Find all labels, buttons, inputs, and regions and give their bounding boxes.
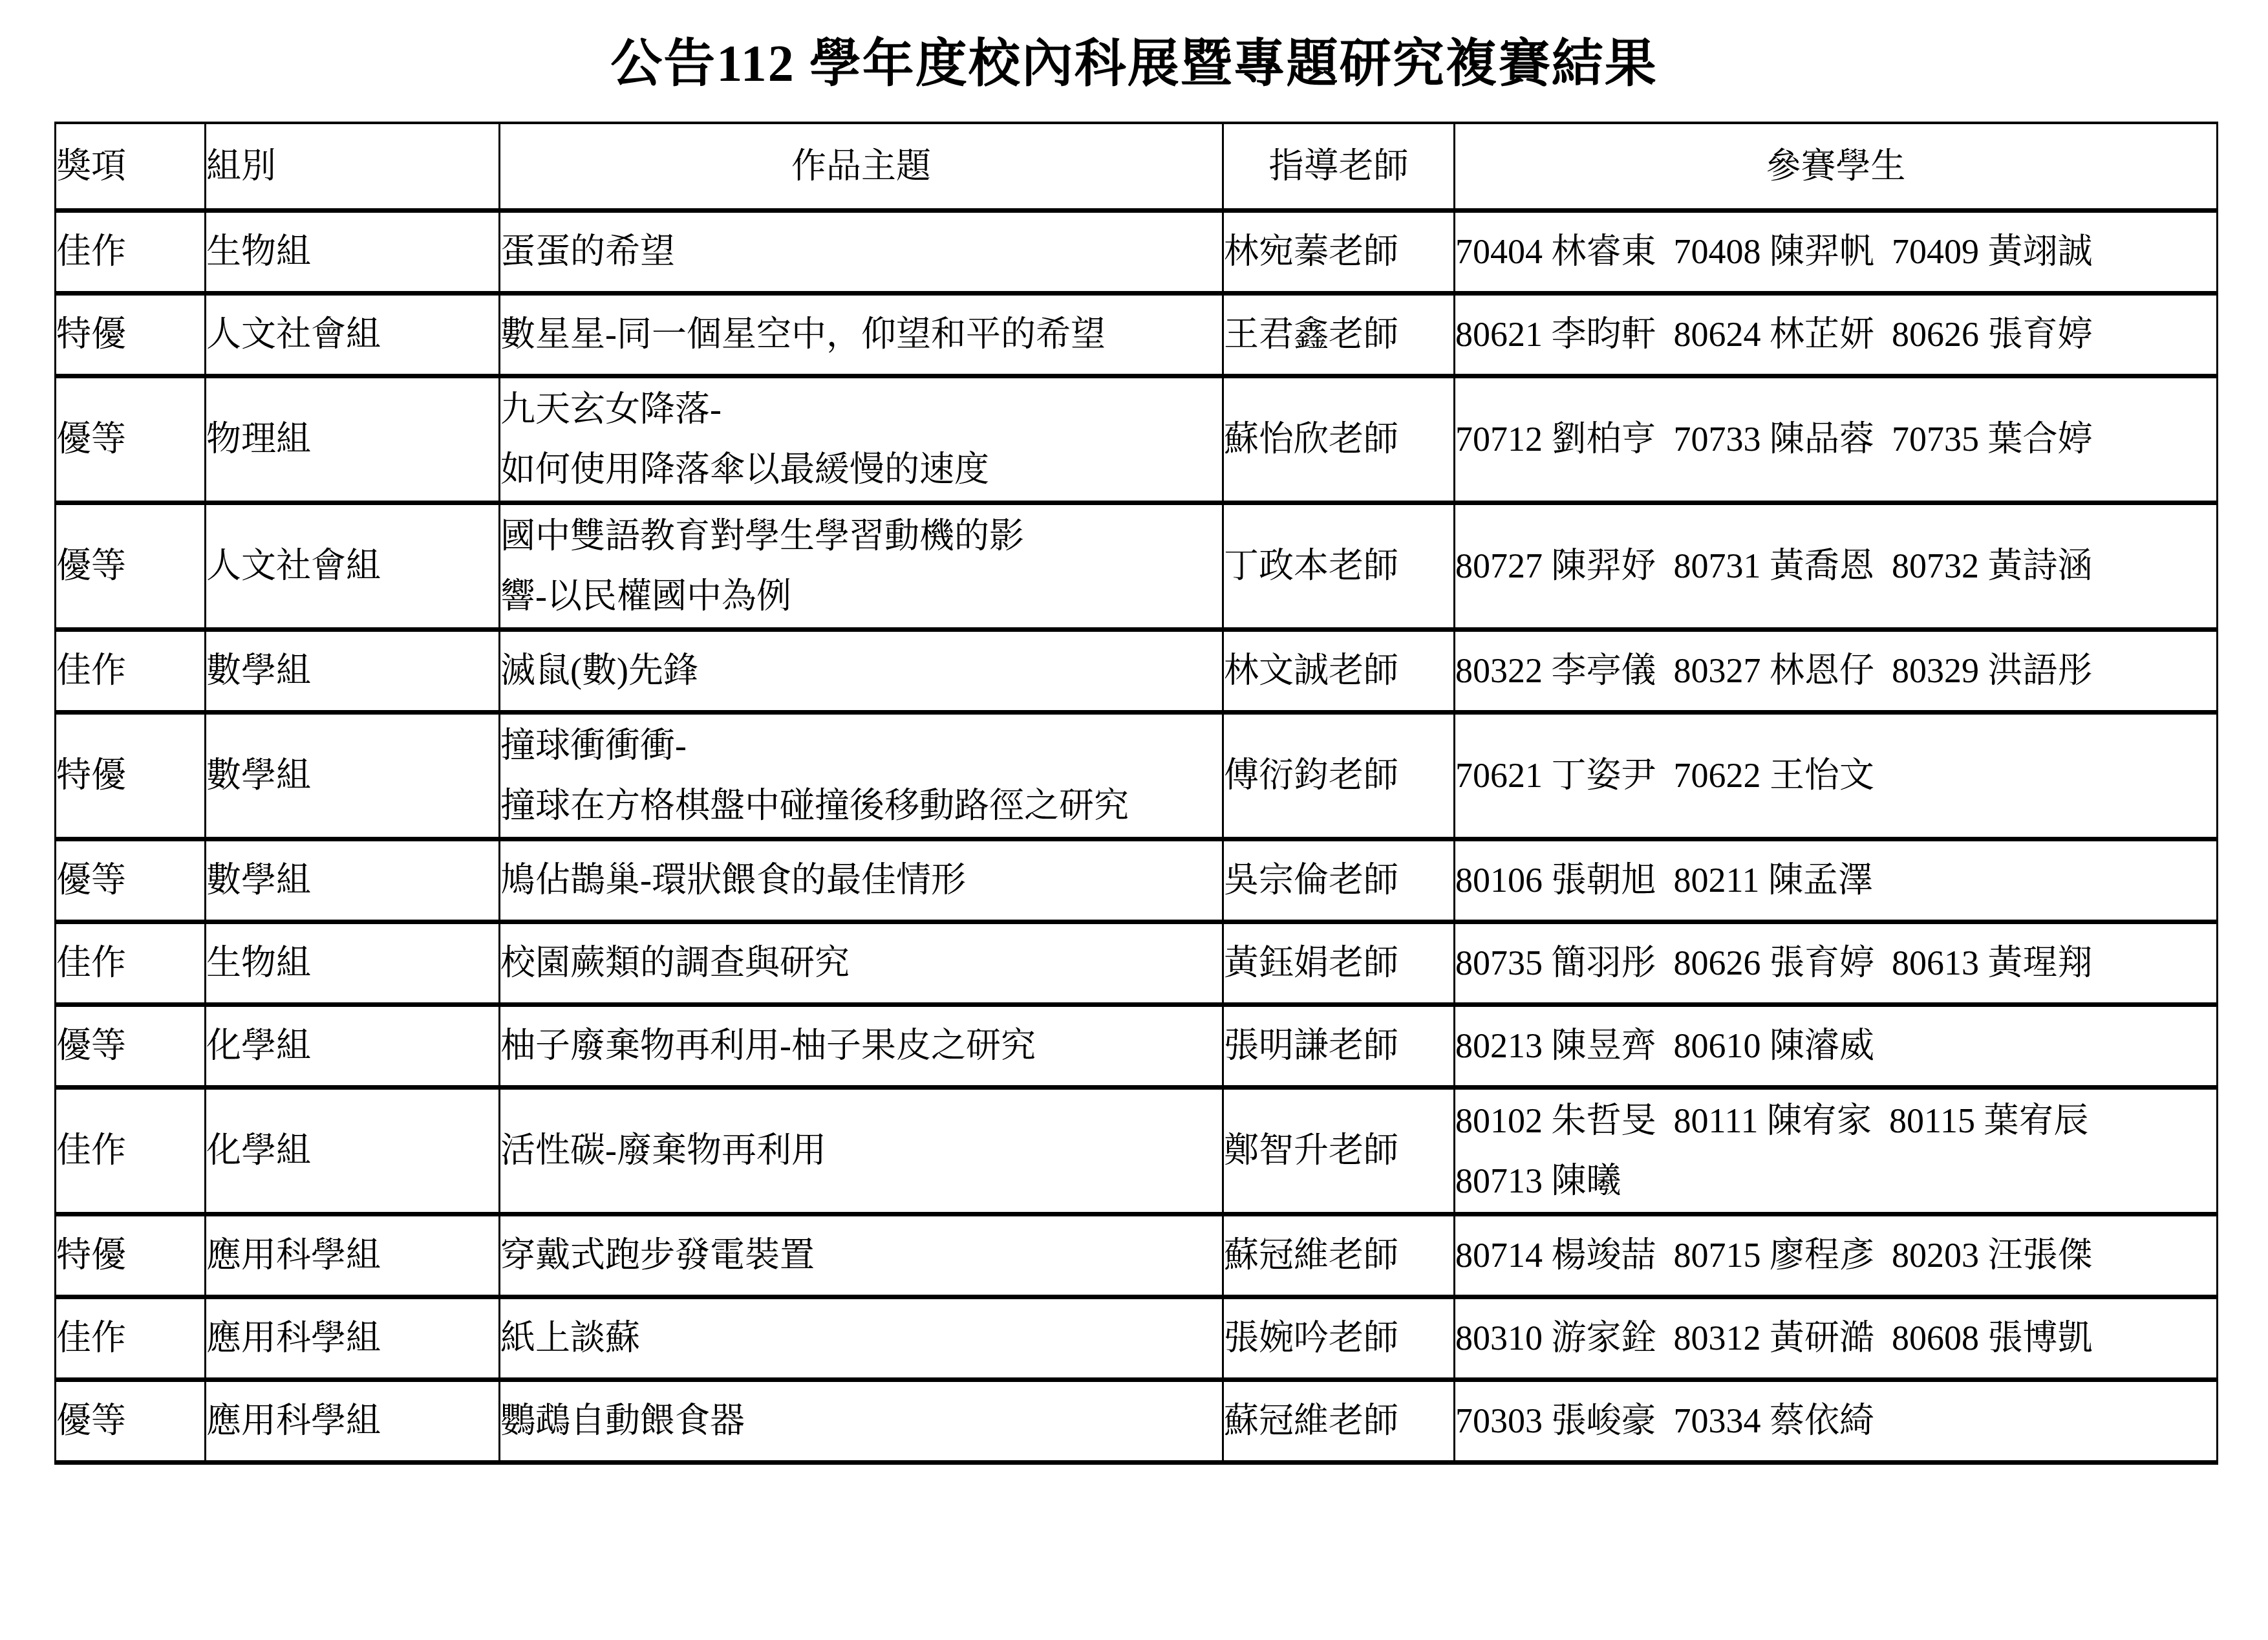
group-cell: 人文社會組 <box>206 503 500 630</box>
table-row: 優等 數學組 鳩佔鵲巢-環狀餵食的最佳情形 吳宗倫老師 80106 張朝旭 80… <box>56 839 2218 922</box>
group-cell: 應用科學組 <box>206 1214 500 1297</box>
students-cell: 80714 楊竣喆 80715 廖程彥 80203 汪張傑 <box>1455 1214 2218 1297</box>
students-cell: 80735 簡羽彤 80626 張育婷 80613 黃瑆翔 <box>1455 922 2218 1005</box>
teacher-cell: 丁政本老師 <box>1223 503 1455 630</box>
award-cell: 優等 <box>56 503 206 630</box>
award-cell: 佳作 <box>56 211 206 294</box>
award-cell: 優等 <box>56 1380 206 1463</box>
award-cell: 優等 <box>56 376 206 503</box>
topic-cell: 穿戴式跑步發電裝置 <box>500 1214 1223 1297</box>
teacher-cell: 王君鑫老師 <box>1223 294 1455 376</box>
table-row: 佳作 生物組 蛋蛋的希望 林宛蓁老師 70404 林睿東 70408 陳羿帆 7… <box>56 211 2218 294</box>
topic-cell: 滅鼠(數)先鋒 <box>500 630 1223 713</box>
topic-cell: 活性碳-廢棄物再利用 <box>500 1088 1223 1214</box>
header-group: 組別 <box>206 123 500 211</box>
students-cell: 70404 林睿東 70408 陳羿帆 70409 黃翊誠 <box>1455 211 2218 294</box>
topic-cell: 柚子廢棄物再利用-柚子果皮之研究 <box>500 1005 1223 1088</box>
group-cell: 數學組 <box>206 630 500 713</box>
topic-cell: 撞球衝衝衝- 撞球在方格棋盤中碰撞後移動路徑之研究 <box>500 713 1223 839</box>
teacher-cell: 張明謙老師 <box>1223 1005 1455 1088</box>
award-cell: 佳作 <box>56 922 206 1005</box>
group-cell: 人文社會組 <box>206 294 500 376</box>
table-row: 佳作 數學組 滅鼠(數)先鋒 林文誠老師 80322 李亭儀 80327 林恩仔… <box>56 630 2218 713</box>
award-cell: 特優 <box>56 1214 206 1297</box>
award-cell: 佳作 <box>56 1088 206 1214</box>
award-cell: 特優 <box>56 294 206 376</box>
topic-cell: 國中雙語教育對學生學習動機的影 響-以民權國中為例 <box>500 503 1223 630</box>
table-row: 優等 應用科學組 鸚鵡自動餵食器 蘇冠維老師 70303 張峻豪 70334 蔡… <box>56 1380 2218 1463</box>
students-cell: 80621 李昀軒 80624 林芷妍 80626 張育婷 <box>1455 294 2218 376</box>
header-topic: 作品主題 <box>500 123 1223 211</box>
award-cell: 特優 <box>56 713 206 839</box>
topic-cell: 鸚鵡自動餵食器 <box>500 1380 1223 1463</box>
group-cell: 化學組 <box>206 1088 500 1214</box>
teacher-cell: 吳宗倫老師 <box>1223 839 1455 922</box>
table-row: 優等 化學組 柚子廢棄物再利用-柚子果皮之研究 張明謙老師 80213 陳昱齊 … <box>56 1005 2218 1088</box>
group-cell: 生物組 <box>206 922 500 1005</box>
page-title: 公告112 學年度校內科展暨專題研究複賽結果 <box>0 36 2268 92</box>
table-row: 特優 應用科學組 穿戴式跑步發電裝置 蘇冠維老師 80714 楊竣喆 80715… <box>56 1214 2218 1297</box>
header-teacher: 指導老師 <box>1223 123 1455 211</box>
topic-cell: 九天玄女降落- 如何使用降落傘以最緩慢的速度 <box>500 376 1223 503</box>
group-cell: 數學組 <box>206 839 500 922</box>
table-row: 優等 人文社會組 國中雙語教育對學生學習動機的影 響-以民權國中為例 丁政本老師… <box>56 503 2218 630</box>
teacher-cell: 鄭智升老師 <box>1223 1088 1455 1214</box>
topic-cell: 數星星-同一個星空中，仰望和平的希望 <box>500 294 1223 376</box>
group-cell: 應用科學組 <box>206 1297 500 1380</box>
students-cell: 80727 陳羿妤 80731 黃喬恩 80732 黃詩涵 <box>1455 503 2218 630</box>
award-cell: 佳作 <box>56 630 206 713</box>
teacher-cell: 林文誠老師 <box>1223 630 1455 713</box>
students-cell: 80102 朱哲旻 80111 陳宥家 80115 葉宥辰 80713 陳曦 <box>1455 1088 2218 1214</box>
table-row: 佳作 化學組 活性碳-廢棄物再利用 鄭智升老師 80102 朱哲旻 80111 … <box>56 1088 2218 1214</box>
table-row: 優等 物理組 九天玄女降落- 如何使用降落傘以最緩慢的速度 蘇怡欣老師 7071… <box>56 376 2218 503</box>
teacher-cell: 張婉吟老師 <box>1223 1297 1455 1380</box>
table-row: 佳作 生物組 校園蕨類的調查與研究 黃鈺娟老師 80735 簡羽彤 80626 … <box>56 922 2218 1005</box>
topic-cell: 鳩佔鵲巢-環狀餵食的最佳情形 <box>500 839 1223 922</box>
topic-cell: 校園蕨類的調查與研究 <box>500 922 1223 1005</box>
header-award: 獎項 <box>56 123 206 211</box>
award-cell: 優等 <box>56 839 206 922</box>
students-cell: 70303 張峻豪 70334 蔡依綺 <box>1455 1380 2218 1463</box>
teacher-cell: 蘇冠維老師 <box>1223 1214 1455 1297</box>
document-page: { "title": "公告112 學年度校內科展暨專題研究複賽結果", "ta… <box>0 36 2268 1640</box>
teacher-cell: 林宛蓁老師 <box>1223 211 1455 294</box>
group-cell: 生物組 <box>206 211 500 294</box>
award-cell: 優等 <box>56 1005 206 1088</box>
teacher-cell: 傅衍鈞老師 <box>1223 713 1455 839</box>
topic-cell: 蛋蛋的希望 <box>500 211 1223 294</box>
students-cell: 80213 陳昱齊 80610 陳濬威 <box>1455 1005 2218 1088</box>
award-cell: 佳作 <box>56 1297 206 1380</box>
table-row: 特優 人文社會組 數星星-同一個星空中，仰望和平的希望 王君鑫老師 80621 … <box>56 294 2218 376</box>
table-row: 特優 數學組 撞球衝衝衝- 撞球在方格棋盤中碰撞後移動路徑之研究 傅衍鈞老師 7… <box>56 713 2218 839</box>
group-cell: 應用科學組 <box>206 1380 500 1463</box>
teacher-cell: 黃鈺娟老師 <box>1223 922 1455 1005</box>
students-cell: 80106 張朝旭 80211 陳孟澤 <box>1455 839 2218 922</box>
topic-cell: 紙上談蘇 <box>500 1297 1223 1380</box>
group-cell: 物理組 <box>206 376 500 503</box>
students-cell: 70712 劉柏亨 70733 陳品蓉 70735 葉合婷 <box>1455 376 2218 503</box>
table-row: 佳作 應用科學組 紙上談蘇 張婉吟老師 80310 游家銓 80312 黃研澔 … <box>56 1297 2218 1380</box>
students-cell: 80310 游家銓 80312 黃研澔 80608 張博凱 <box>1455 1297 2218 1380</box>
group-cell: 化學組 <box>206 1005 500 1088</box>
group-cell: 數學組 <box>206 713 500 839</box>
students-cell: 70621 丁姿尹 70622 王怡文 <box>1455 713 2218 839</box>
teacher-cell: 蘇怡欣老師 <box>1223 376 1455 503</box>
header-row: 獎項 組別 作品主題 指導老師 參賽學生 <box>56 123 2218 211</box>
header-students: 參賽學生 <box>1455 123 2218 211</box>
results-table: 獎項 組別 作品主題 指導老師 參賽學生 佳作 生物組 蛋蛋的希望 林宛蓁老師 … <box>54 122 2218 1465</box>
students-cell: 80322 李亭儀 80327 林恩仔 80329 洪語彤 <box>1455 630 2218 713</box>
teacher-cell: 蘇冠維老師 <box>1223 1380 1455 1463</box>
